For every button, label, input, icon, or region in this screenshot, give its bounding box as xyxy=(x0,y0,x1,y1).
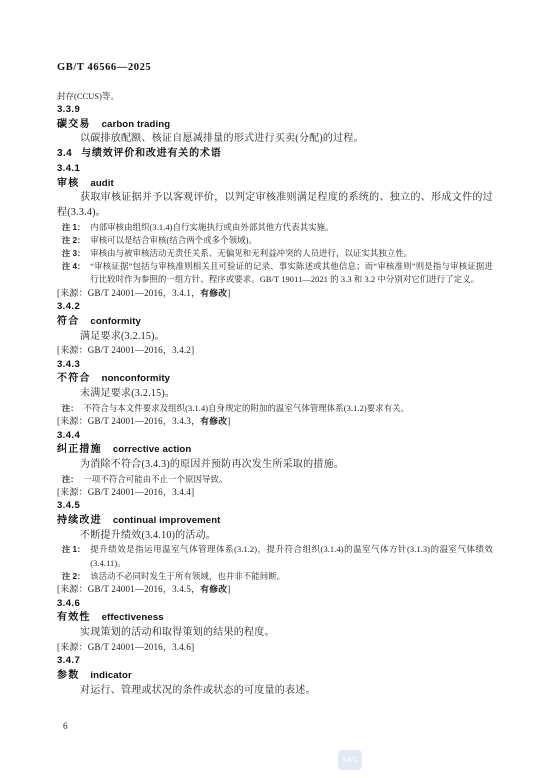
definition-text: 获取审核证据并予以客观评价，以判定审核准则满足程度的系统的、独立的、形成文件的过… xyxy=(57,191,493,220)
source-reference: [来源：GB/T 24001—2016，3.4.3， xyxy=(57,416,200,426)
clause-number: 3.4.5 xyxy=(57,499,493,514)
source-line: [来源：GB/T 24001—2016，3.4.3，有修改] xyxy=(57,415,493,429)
source-line: [来源：GB/T 24001—2016，3.4.5，有修改] xyxy=(57,583,493,597)
term-chinese: 纠正措施 xyxy=(57,444,102,455)
source-reference: [来源：GB/T 24001—2016，3.4.4 xyxy=(57,487,191,497)
source-bracket-close: ] xyxy=(191,487,194,497)
term-chinese: 符合 xyxy=(57,316,79,327)
clause-number: 3.4.2 xyxy=(57,300,493,315)
page-number: 6 xyxy=(63,721,68,731)
term-english: nonconformity xyxy=(102,373,170,384)
source-modified-flag: 有修改 xyxy=(200,288,227,298)
standard-code-header: GB/T 46566—2025 xyxy=(57,62,151,73)
source-bracket-close: ] xyxy=(191,642,194,652)
term-line: 审核audit xyxy=(57,177,493,192)
section-number: 3.4 xyxy=(57,148,72,159)
term-english: carbon trading xyxy=(102,119,171,130)
source-reference: [来源：GB/T 24001—2016，3.4.1， xyxy=(57,288,200,298)
source-modified-flag: 有修改 xyxy=(200,584,227,594)
term-english: audit xyxy=(90,178,113,189)
definition-text: 对运行、管理或状况的条件或状态的可度量的表述。 xyxy=(57,684,493,699)
term-line: 持续改进continual improvement xyxy=(57,514,493,529)
term-english: effectiveness xyxy=(102,612,164,623)
term-chinese: 不符合 xyxy=(57,373,91,384)
note-text: 审核可以是结合审核(结合两个或多个领域)。 xyxy=(90,234,493,247)
source-bracket-close: ] xyxy=(227,584,230,594)
term-line: 不符合nonconformity xyxy=(57,372,493,387)
note-label: 注： xyxy=(62,402,78,415)
source-reference: [来源：GB/T 24001—2016，3.4.2 xyxy=(57,345,191,355)
source-bracket-close: ] xyxy=(227,288,230,298)
term-line: 有效性effectiveness xyxy=(57,611,493,626)
source-reference: [来源：GB/T 24001—2016，3.4.5， xyxy=(57,584,200,594)
clause-number: 3.4.6 xyxy=(57,597,493,612)
note-line: 注 2：审核可以是结合审核(结合两个或多个领域)。 xyxy=(62,234,493,247)
note-line: 注 4：“审核证据”包括与审核准则相关且可验证的记录、事实陈述或其他信息；而“审… xyxy=(62,260,493,286)
term-chinese: 审核 xyxy=(57,178,79,189)
note-label: 注 1： xyxy=(62,543,85,569)
term-chinese: 碳交易 xyxy=(57,119,91,130)
term-chinese: 参数 xyxy=(57,670,79,681)
note-line: 注：一项不符合可能由不止一个原因导致。 xyxy=(62,473,493,486)
note-text: 不符合与本文件要求及组织(3.1.4)自身规定的附加的温室气体管理体系(3.1.… xyxy=(83,402,493,415)
note-text: 审核由与被审核活动无责任关系、无偏见和无利益冲突的人员进行，以证实其独立性。 xyxy=(90,247,493,260)
source-line: [来源：GB/T 24001—2016，3.4.6] xyxy=(57,641,493,655)
clause-number: 3.4.3 xyxy=(57,358,493,373)
note-text: 一项不符合可能由不止一个原因导致。 xyxy=(83,473,493,486)
sac-watermark-icon: SAC xyxy=(338,750,362,770)
continuation-note: 封存(CCUS)等。 xyxy=(57,90,493,103)
term-english: indicator xyxy=(90,670,131,681)
term-chinese: 有效性 xyxy=(57,612,91,623)
definition-text: 未满足要求(3.2.15)。 xyxy=(57,387,493,402)
term-chinese: 持续改进 xyxy=(57,515,102,526)
definition-text: 不断提升绩效(3.4.10)的活动。 xyxy=(57,529,493,544)
note-text: 提升绩效是指运用温室气体管理体系(3.1.2)，提升符合组织(3.1.4)的温室… xyxy=(90,543,493,569)
source-reference: [来源：GB/T 24001—2016，3.4.6 xyxy=(57,642,191,652)
term-line: 符合conformity xyxy=(57,315,493,330)
clause-number: 3.4.7 xyxy=(57,654,493,669)
note-text: “审核证据”包括与审核准则相关且可验证的记录、事实陈述或其他信息；而“审核准则”… xyxy=(90,260,493,286)
note-label: 注 4： xyxy=(62,260,85,286)
source-modified-flag: 有修改 xyxy=(200,416,227,426)
definition-text: 以碳排放配额、核证自愿减排量的形式进行买卖(分配)的过程。 xyxy=(57,132,493,147)
term-english: conformity xyxy=(90,316,141,327)
definition-text: 为消除不符合(3.4.3)的原因并预防再次发生所采取的措施。 xyxy=(57,458,493,473)
source-bracket-close: ] xyxy=(227,416,230,426)
definition-text: 满足要求(3.2.15)。 xyxy=(57,330,493,345)
note-line: 注 1：内部审核由组织(3.1.4)自行实施执行或由外部其他方代表其实施。 xyxy=(62,221,493,234)
note-line: 注 1：提升绩效是指运用温室气体管理体系(3.1.2)，提升符合组织(3.1.4… xyxy=(62,543,493,569)
standard-document-page: GB/T 46566—2025 封存(CCUS)等。3.3.9碳交易carbon… xyxy=(0,0,550,778)
note-line: 注 3：审核由与被审核活动无责任关系、无偏见和无利益冲突的人员进行，以证实其独立… xyxy=(62,247,493,260)
note-label: 注： xyxy=(62,473,78,486)
note-label: 注 2： xyxy=(62,570,85,583)
note-text: 内部审核由组织(3.1.4)自行实施执行或由外部其他方代表其实施。 xyxy=(90,221,493,234)
note-line: 注 2：该活动不必同时发生于所有领域，也并非不能间断。 xyxy=(62,570,493,583)
source-line: [来源：GB/T 24001—2016，3.4.1，有修改] xyxy=(57,287,493,301)
clause-number: 3.3.9 xyxy=(57,103,493,118)
source-line: [来源：GB/T 24001—2016，3.4.4] xyxy=(57,486,493,500)
term-line: 碳交易carbon trading xyxy=(57,118,493,133)
term-english: corrective action xyxy=(113,444,191,455)
section-heading: 3.4与绩效评价和改进有关的术语 xyxy=(57,147,493,162)
clause-number: 3.4.4 xyxy=(57,429,493,444)
section-title: 与绩效评价和改进有关的术语 xyxy=(81,148,221,159)
document-body: 封存(CCUS)等。3.3.9碳交易carbon trading以碳排放配额、核… xyxy=(57,90,493,698)
term-line: 纠正措施corrective action xyxy=(57,443,493,458)
note-line: 注：不符合与本文件要求及组织(3.1.4)自身规定的附加的温室气体管理体系(3.… xyxy=(62,402,493,415)
source-line: [来源：GB/T 24001—2016，3.4.2] xyxy=(57,344,493,358)
clause-number: 3.4.1 xyxy=(57,162,493,177)
note-label: 注 2： xyxy=(62,234,85,247)
note-text: 该活动不必同时发生于所有领域，也并非不能间断。 xyxy=(90,570,493,583)
term-english: continual improvement xyxy=(113,515,221,526)
note-label: 注 1： xyxy=(62,221,85,234)
term-line: 参数indicator xyxy=(57,669,493,684)
definition-text: 实现策划的活动和取得策划的结果的程度。 xyxy=(57,626,493,641)
note-label: 注 3： xyxy=(62,247,85,260)
source-bracket-close: ] xyxy=(191,345,194,355)
